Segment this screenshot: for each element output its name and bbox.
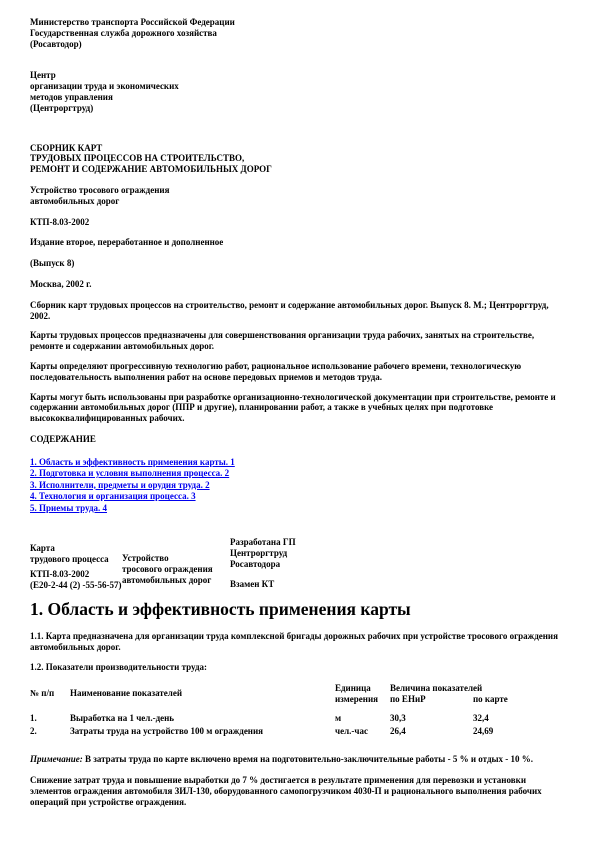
center-org-line: методов управления <box>30 92 567 103</box>
center-org-block: Центр организации труда и экономических … <box>30 70 567 113</box>
paragraph-1-2: 1.2. Показатели производительности труда… <box>30 662 567 673</box>
subject-title: Устройство тросового ограждения автомоби… <box>30 185 567 207</box>
subject-title-line: Устройство тросового ограждения <box>30 185 567 196</box>
toc-heading: СОДЕРЖАНИЕ <box>30 434 567 445</box>
toc-link-section-3[interactable]: 3. Исполнители, предметы и орудия труда.… <box>30 480 567 492</box>
collection-title-line: ТРУДОВЫХ ПРОЦЕССОВ НА СТРОИТЕЛЬСТВО, <box>30 153 567 164</box>
row-indicator-name: Выработка на 1 чел.-день <box>70 712 335 725</box>
abstract: Сборник карт трудовых процессов на строи… <box>30 300 567 424</box>
column-header-name: Наименование показателей <box>70 683 335 705</box>
card-code-line: (Е20-2-44 (2) -55-56-57) <box>30 580 122 591</box>
collection-title-line: РЕМОНТ И СОДЕРЖАНИЕ АВТОМОБИЛЬНЫХ ДОРОГ <box>30 164 567 175</box>
column-header-unit: Единица измерения <box>335 683 390 705</box>
row-value-by-enir: 26,4 <box>390 725 473 738</box>
row-value-by-card: 32,4 <box>473 712 567 725</box>
card-developer-line: Центроргтруд <box>230 548 390 559</box>
column-header-value-group: Величина показателей по ЕНиР по карте <box>390 683 567 705</box>
card-developer-line: Росавтодора <box>230 559 390 570</box>
closing-paragraph: Снижение затрат труда и повышение вырабо… <box>30 775 567 807</box>
ministry-block: Министерство транспорта Российской Федер… <box>30 17 567 49</box>
row-indicator-name: Затраты труда на устройство 100 м огражд… <box>70 725 335 738</box>
note-label: Примечание: <box>30 754 83 764</box>
note-text: В затраты труда по карте включено время … <box>83 754 533 764</box>
column-header-num: № п/п <box>30 683 70 705</box>
row-value-by-enir: 30,3 <box>390 712 473 725</box>
card-code-line: КТП-8.03-2002 <box>30 569 122 580</box>
ministry-line: Государственная служба дорожного хозяйст… <box>30 28 567 39</box>
column-header-value-group-label: Величина показателей <box>390 683 567 694</box>
note-paragraph: Примечание: В затраты труда по карте вкл… <box>30 754 567 765</box>
city-year: Москва, 2002 г. <box>30 279 567 290</box>
collection-title: СБОРНИК КАРТ ТРУДОВЫХ ПРОЦЕССОВ НА СТРОИ… <box>30 143 567 175</box>
card-subject-line: автомобильных дорог <box>122 575 230 586</box>
row-unit: чел.-час <box>335 725 390 738</box>
toc-link-section-5[interactable]: 5. Приемы труда. 4 <box>30 503 567 515</box>
issue-number: (Выпуск 8) <box>30 258 567 269</box>
paragraph-1-1: 1.1. Карта предназначена для организации… <box>30 631 567 653</box>
collection-title-line: СБОРНИК КАРТ <box>30 143 567 154</box>
card-subject-line: Устройство <box>122 553 230 564</box>
card-header-developer-column: Разработана ГП Центроргтруд Росавтодора … <box>230 537 390 590</box>
card-header-table: Карта трудового процесса КТП-8.03-2002 (… <box>30 537 567 590</box>
column-header-by-card: по карте <box>473 694 567 705</box>
abstract-paragraph: Карты могут быть использованы при разраб… <box>30 392 567 424</box>
card-header-subject-column: Устройство тросового ограждения автомоби… <box>122 537 230 590</box>
card-replaces-note: Взамен КТ <box>230 579 390 590</box>
row-unit: м <box>335 712 390 725</box>
card-developer-line: Разработана ГП <box>230 537 390 548</box>
ministry-line: (Росавтодор) <box>30 39 567 50</box>
toc-link-section-1[interactable]: 1. Область и эффективность применения ка… <box>30 457 567 469</box>
toc-link-section-4[interactable]: 4. Технология и организация процесса. 3 <box>30 491 567 503</box>
center-org-line: Центр <box>30 70 567 81</box>
center-org-line: (Центроргтруд) <box>30 103 567 114</box>
toc-link-section-2[interactable]: 2. Подготовка и условия выполнения проце… <box>30 468 567 480</box>
productivity-table-header: № п/п Наименование показателей Единица и… <box>30 683 567 705</box>
table-of-contents: 1. Область и эффективность применения ка… <box>30 457 567 515</box>
column-header-by-enir: по ЕНиР <box>390 694 473 705</box>
section-1-heading: 1. Область и эффективность применения ка… <box>30 600 567 619</box>
edition-note: Издание второе, переработанное и дополне… <box>30 237 567 248</box>
table-row: 2. Затраты труда на устройство 100 м огр… <box>30 725 567 738</box>
table-row: 1. Выработка на 1 чел.-день м 30,3 32,4 <box>30 712 567 725</box>
productivity-table: № п/п Наименование показателей Единица и… <box>30 683 567 739</box>
ministry-line: Министерство транспорта Российской Федер… <box>30 17 567 28</box>
center-org-line: организации труда и экономических <box>30 81 567 92</box>
subject-title-line: автомобильных дорог <box>30 196 567 207</box>
row-num: 2. <box>30 725 70 738</box>
abstract-paragraph: Карты определяют прогрессивную технологи… <box>30 361 567 383</box>
document-page: Министерство транспорта Российской Федер… <box>0 0 595 842</box>
abstract-paragraph: Сборник карт трудовых процессов на строи… <box>30 300 567 322</box>
card-subject-line: тросового ограждения <box>122 564 230 575</box>
abstract-paragraph: Карты трудовых процессов предназначены д… <box>30 330 567 352</box>
doc-number: КТП-8.03-2002 <box>30 217 567 228</box>
row-value-by-card: 24,69 <box>473 725 567 738</box>
row-num: 1. <box>30 712 70 725</box>
card-type-line: трудового процесса <box>30 554 122 565</box>
card-type-line: Карта <box>30 543 122 554</box>
card-header-type-column: Карта трудового процесса КТП-8.03-2002 (… <box>30 537 122 590</box>
